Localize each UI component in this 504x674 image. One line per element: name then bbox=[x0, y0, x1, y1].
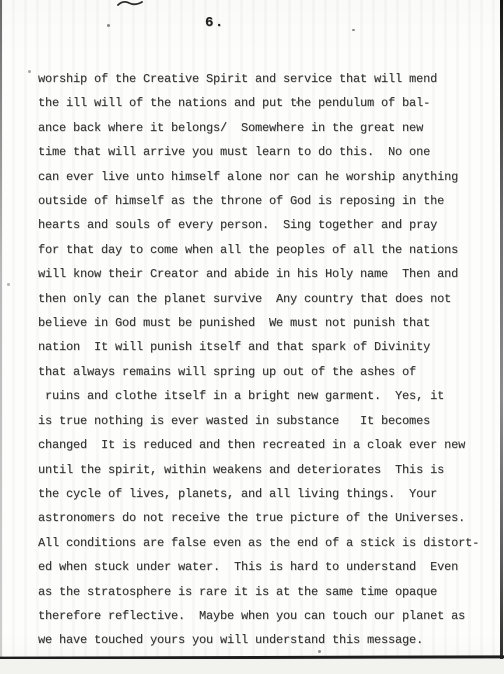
scanned-document-page: 6. worship of the Creative Spirit and se… bbox=[0, 0, 504, 674]
scan-speck bbox=[352, 29, 355, 31]
text-line: then only can the planet survive Any cou… bbox=[38, 287, 498, 311]
scan-speck bbox=[296, 101, 299, 104]
text-line: astronomers do not receive the true pict… bbox=[38, 506, 498, 530]
scan-speck bbox=[107, 24, 110, 27]
text-line: is true nothing is ever wasted in substa… bbox=[38, 409, 498, 433]
scanner-bed-strip bbox=[0, 659, 504, 674]
text-line: outside of himself as the throne of God … bbox=[38, 189, 498, 213]
text-line: that always remains will spring up out o… bbox=[38, 360, 498, 384]
text-line: believe in God must be punished We must … bbox=[38, 311, 498, 335]
text-line: as the stratosphere is rare it is at the… bbox=[38, 580, 498, 604]
text-line: the cycle of lives, planets, and all liv… bbox=[38, 482, 498, 506]
text-line: until the spirit, within weakens and det… bbox=[38, 458, 498, 482]
text-line: nation It will punish itself and that sp… bbox=[38, 335, 498, 359]
text-line: changed It is reduced and then recreated… bbox=[38, 433, 498, 457]
typed-text-block: worship of the Creative Spirit and servi… bbox=[38, 67, 498, 653]
scan-speck bbox=[318, 650, 321, 653]
text-line: hearts and souls of every person. Sing t… bbox=[38, 213, 498, 237]
text-line: we have touched yours you will understan… bbox=[38, 628, 498, 652]
text-line: the ill will of the nations and put the … bbox=[38, 91, 498, 115]
scan-speck bbox=[430, 590, 432, 592]
text-line: ruins and clothe itself in a bright new … bbox=[38, 384, 498, 408]
page-number: 6. bbox=[205, 15, 225, 31]
text-line: for that day to come when all the people… bbox=[38, 238, 498, 262]
text-line: will know their Creator and abide in his… bbox=[38, 262, 498, 286]
text-line: time that will arrive you must learn to … bbox=[38, 140, 498, 164]
text-line: worship of the Creative Spirit and servi… bbox=[38, 67, 498, 91]
scan-speck bbox=[28, 70, 31, 73]
scan-edge-left bbox=[0, 0, 2, 674]
text-line: All conditions are false even as the end… bbox=[38, 531, 498, 555]
scan-mark-icon bbox=[117, 0, 143, 8]
text-line: ance back where it belongs/ Somewhere in… bbox=[38, 116, 498, 140]
text-line: therefore reflective. Maybe when you can… bbox=[38, 604, 498, 628]
scan-edge-right bbox=[500, 0, 503, 659]
text-line: can ever live unto himself alone nor can… bbox=[38, 165, 498, 189]
text-line: ed when stuck under water. This is hard … bbox=[38, 555, 498, 579]
scan-speck bbox=[7, 283, 10, 286]
scan-speck bbox=[286, 441, 288, 443]
